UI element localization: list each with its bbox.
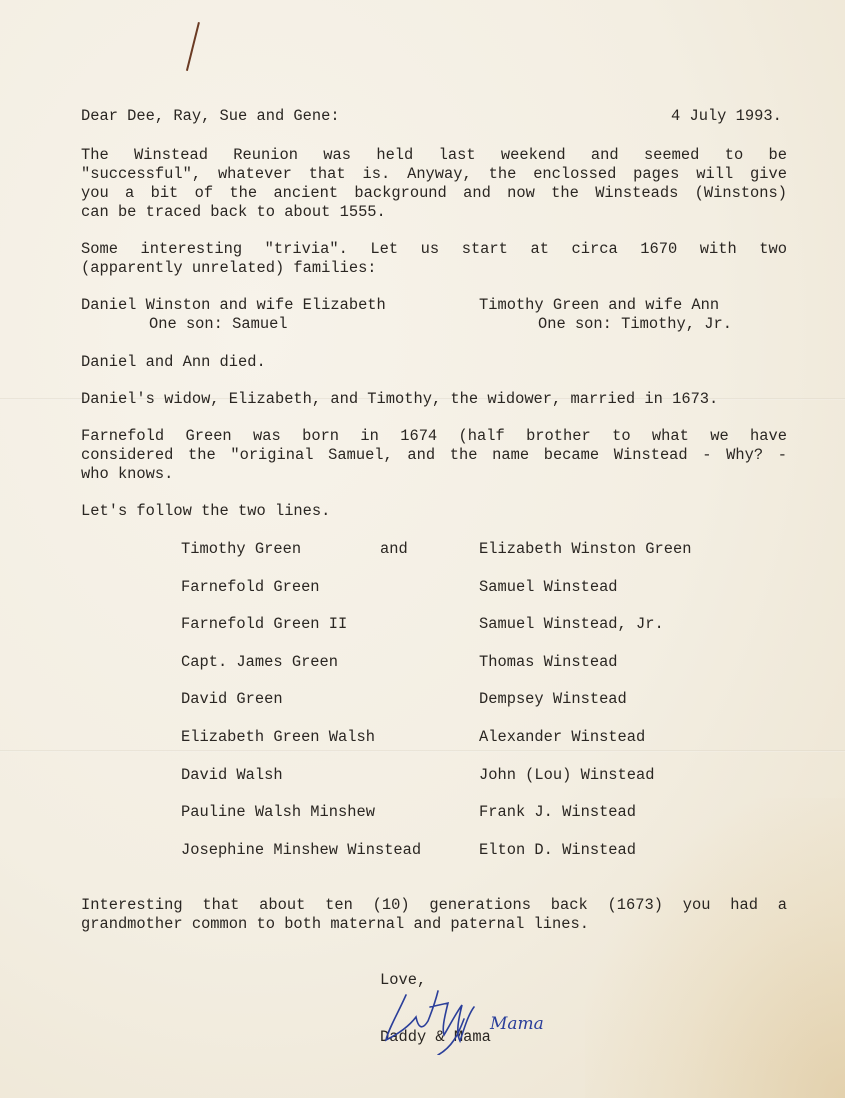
paper-fold	[0, 750, 845, 752]
lines-connector: and	[380, 540, 408, 559]
letter-page: Dear Dee, Ray, Sue and Gene: 4 July 1993…	[0, 0, 845, 1098]
lineage-green-line: Elizabeth Green Walsh	[181, 728, 375, 747]
lineage-winstead-line: Thomas Winstead	[479, 653, 618, 672]
paragraph-1-line: you a bit of the ancient background and …	[81, 184, 787, 203]
lineage-green-line: Josephine Minshew Winstead	[181, 841, 421, 860]
family-right-son: One son: Timothy, Jr.	[538, 315, 732, 334]
pen-mark	[186, 22, 200, 71]
family-left-parents: Daniel Winston and wife Elizabeth	[81, 296, 386, 315]
letter-date: 4 July 1993.	[671, 107, 782, 126]
lineage-green-line: Farnefold Green II	[181, 615, 347, 634]
lineage-winstead-line: Samuel Winstead	[479, 578, 618, 597]
salutation: Dear Dee, Ray, Sue and Gene:	[81, 107, 340, 126]
paragraph-5-line: considered the "original Samuel, and the…	[81, 446, 787, 465]
lineage-green-line: David Green	[181, 690, 283, 709]
lineage-winstead-line: Dempsey Winstead	[479, 690, 627, 709]
paragraph-2-line: Some interesting "trivia". Let us start …	[81, 240, 787, 259]
lineage-winstead-line: John (Lou) Winstead	[479, 766, 654, 785]
lineage-winstead-line: Frank J. Winstead	[479, 803, 636, 822]
lineage-winstead-line: Elizabeth Winston Green	[479, 540, 691, 559]
paragraph-6: Let's follow the two lines.	[81, 502, 330, 521]
lineage-green-line: David Walsh	[181, 766, 283, 785]
paragraph-2-line: (apparently unrelated) families:	[81, 259, 787, 278]
family-right-parents: Timothy Green and wife Ann	[479, 296, 719, 315]
paragraph-4: Daniel's widow, Elizabeth, and Timothy, …	[81, 390, 718, 409]
paragraph-1-line: The Winstead Reunion was held last weeke…	[81, 146, 787, 165]
lineage-green-line: Timothy Green	[181, 540, 301, 559]
paragraph-5-line: who knows.	[81, 465, 787, 484]
handwritten-signature: Mama	[378, 985, 558, 1055]
lineage-winstead-line: Samuel Winstead, Jr.	[479, 615, 664, 634]
lineage-green-line: Pauline Walsh Minshew	[181, 803, 375, 822]
paragraph-7-line: Interesting that about ten (10) generati…	[81, 896, 787, 915]
lineage-green-line: Farnefold Green	[181, 578, 320, 597]
paragraph-3: Daniel and Ann died.	[81, 353, 266, 372]
family-left-son: One son: Samuel	[149, 315, 288, 334]
lineage-green-line: Capt. James Green	[181, 653, 338, 672]
lineage-winstead-line: Alexander Winstead	[479, 728, 645, 747]
lineage-winstead-line: Elton D. Winstead	[479, 841, 636, 860]
paragraph-7-line: grandmother common to both maternal and …	[81, 915, 787, 934]
paragraph-1-line: can be traced back to about 1555.	[81, 203, 787, 222]
svg-text:Mama: Mama	[489, 1014, 544, 1034]
paragraph-5-line: Farnefold Green was born in 1674 (half b…	[81, 427, 787, 446]
paragraph-1-line: "successful", whatever that is. Anyway, …	[81, 165, 787, 184]
